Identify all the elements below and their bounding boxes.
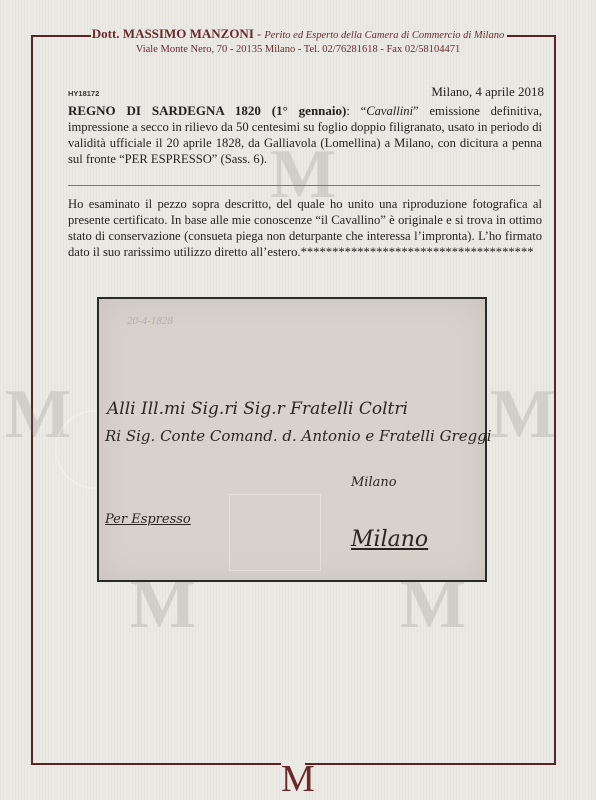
place-date: Milano, 4 aprile 2018 [431, 84, 544, 100]
destination-city: Milano [351, 527, 428, 552]
manzoni-logo-icon: M [281, 760, 305, 800]
embossed-stamp-icon [229, 494, 321, 571]
separator: - [254, 27, 264, 41]
pencil-date: 20-4-1828 [127, 315, 173, 327]
description-punct: : “ [346, 104, 366, 118]
expert-opinion: Ho esaminato il pezzo sopra descritto, d… [68, 196, 542, 260]
description-heading: REGNO DI SARDEGNA 1820 (1° gennaio) [68, 103, 346, 118]
watermark-logo-icon: M [490, 380, 556, 450]
per-espresso-note: Per Espresso [105, 512, 191, 527]
item-description: REGNO DI SARDEGNA 1820 (1° gennaio): “Ca… [68, 103, 542, 167]
cover-photo: 20-4-1828 Alli Ill.mi Sig.ri Sig.r Frate… [97, 297, 487, 582]
certificate-id: HY18172 [68, 89, 99, 98]
expert-address: Viale Monte Nero, 70 - 20135 Milano - Te… [88, 44, 508, 55]
expert-title: Perito ed Esperto della Camera di Commer… [264, 30, 504, 41]
expert-name: Dott. MASSIMO MANZONI [92, 26, 254, 41]
header-title-line: Dott. MASSIMO MANZONI - Perito ed Espert… [88, 26, 508, 42]
description-item: Cavallini [366, 104, 413, 118]
address-line-2: Ri Sig. Conte Comand. d. Antonio e Frate… [105, 427, 492, 445]
divider [68, 185, 540, 186]
address-line-1: Alli Ill.mi Sig.ri Sig.r Fratelli Coltri [107, 399, 408, 419]
destination-note: Milano [351, 475, 397, 490]
